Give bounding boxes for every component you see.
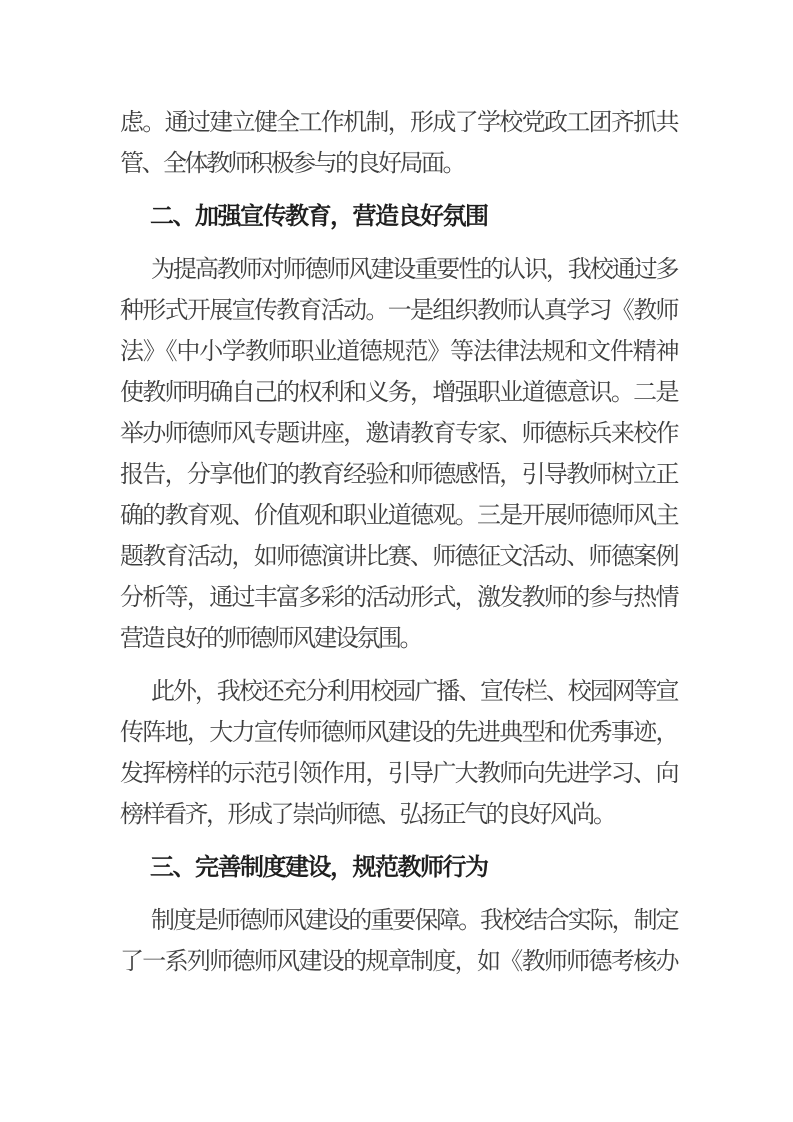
text-line: 制度是师德师风建设的重要保障。我校结合实际，制定 [120, 900, 677, 941]
text-line: 分析等，通过丰富多彩的活动形式，激发教师的参与热情 [120, 577, 677, 618]
text-line: 营造良好的师德师风建设氛围。 [120, 618, 677, 659]
text-line: 法》《中小学教师职业道德规范》等法律法规和文件精神 [120, 331, 677, 372]
text-line: 为提高教师对师德师风建设重要性的认识，我校通过多 [120, 249, 677, 290]
body-paragraph: 为提高教师对师德师风建设重要性的认识，我校通过多 种形式开展宣传教育活动。一是组… [120, 249, 677, 659]
text-line: 发挥榜样的示范引领作用，引导广大教师向先进学习、向 [120, 753, 677, 794]
document-page: 虑。通过建立健全工作机制，形成了学校党政工团齐抓共 管、全体教师积极参与的良好局… [0, 0, 793, 1122]
text-line: 虑。通过建立健全工作机制，形成了学校党政工团齐抓共 [120, 102, 677, 143]
text-line: 了一系列师德师风建设的规章制度，如《教师师德考核办 [120, 941, 677, 982]
body-paragraph: 虑。通过建立健全工作机制，形成了学校党政工团齐抓共 管、全体教师积极参与的良好局… [120, 102, 677, 184]
text-line: 报告，分享他们的教育经验和师德感悟，引导教师树立正 [120, 454, 677, 495]
text-line: 确的教育观、价值观和职业道德观。三是开展师德师风主 [120, 495, 677, 536]
text-line: 种形式开展宣传教育活动。一是组织教师认真学习《教师 [120, 290, 677, 331]
text-line: 举办师德师风专题讲座，邀请教育专家、师德标兵来校作 [120, 413, 677, 454]
body-paragraph: 此外，我校还充分利用校园广播、宣传栏、校园网等宣 传阵地，大力宣传师德师风建设的… [120, 671, 677, 835]
section-heading: 二、加强宣传教育，营造良好氛围 [120, 196, 677, 237]
text-line: 使教师明确自己的权利和义务，增强职业道德意识。二是 [120, 372, 677, 413]
section-heading: 三、完善制度建设，规范教师行为 [120, 847, 677, 888]
text-line: 传阵地，大力宣传师德师风建设的先进典型和优秀事迹， [120, 712, 677, 753]
text-line: 管、全体教师积极参与的良好局面。 [120, 143, 677, 184]
body-paragraph: 制度是师德师风建设的重要保障。我校结合实际，制定 了一系列师德师风建设的规章制度… [120, 900, 677, 982]
text-line: 此外，我校还充分利用校园广播、宣传栏、校园网等宣 [120, 671, 677, 712]
document-content: 虑。通过建立健全工作机制，形成了学校党政工团齐抓共 管、全体教师积极参与的良好局… [120, 102, 677, 994]
text-line: 题教育活动，如师德演讲比赛、师德征文活动、师德案例 [120, 536, 677, 577]
text-line: 榜样看齐，形成了崇尚师德、弘扬正气的良好风尚。 [120, 794, 677, 835]
